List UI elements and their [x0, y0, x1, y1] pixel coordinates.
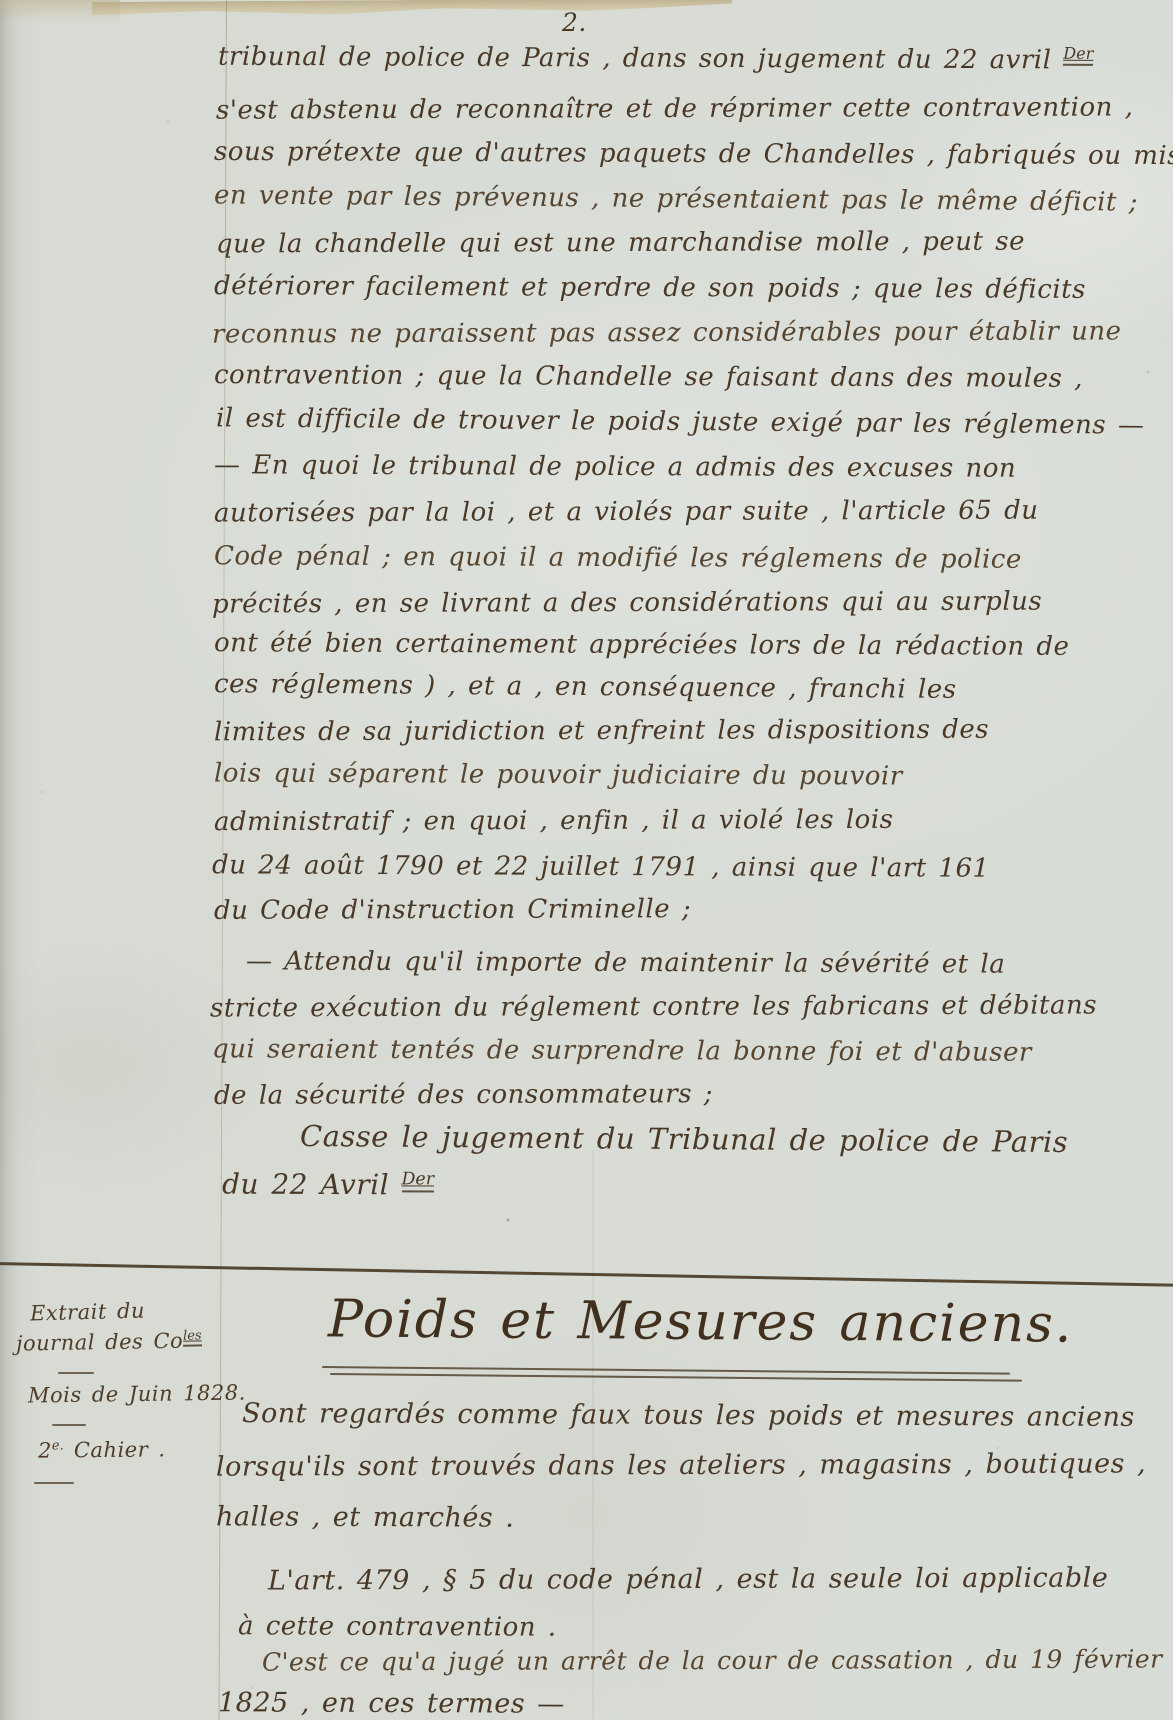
manuscript-line: s'est abstenu de reconnaître et de répri…: [216, 92, 1133, 125]
manuscript-line: en vente par les prévenus , ne présentai…: [214, 180, 1138, 217]
manuscript-line: qui seraient tentés de surprendre la bon…: [212, 1034, 1032, 1068]
manuscript-line: — En quoi le tribunal de police a admis …: [214, 450, 1016, 483]
note-text: Cahier .: [64, 1437, 166, 1462]
margin-dash: [58, 1372, 94, 1374]
manuscript-line: C'est ce qu'a jugé un arrêt de la cour d…: [262, 1644, 1163, 1676]
manuscript-line: il est difficile de trouver le poids jus…: [216, 403, 1145, 440]
superscript-abbrev: Der: [1063, 44, 1093, 66]
manuscript-line: du Code d'instruction Criminelle ;: [214, 894, 691, 926]
margin-note-extrait: Extrait du: [30, 1298, 146, 1325]
manuscript-line: lois qui séparent le pouvoir judiciaire …: [214, 758, 903, 791]
manuscript-line: Casse le jugement du Tribunal de police …: [300, 1119, 1068, 1159]
manuscript-line: lorsqu'ils sont trouvés dans les atelier…: [216, 1448, 1146, 1482]
note-text: 2: [38, 1439, 52, 1463]
superscript-abbrev: les: [183, 1328, 202, 1346]
line-text: tribunal de police de Paris , dans son j…: [218, 42, 1063, 76]
manuscript-line: ces réglemens ) , et a , en conséquence …: [214, 669, 957, 705]
section-divider-line: [0, 1262, 1173, 1286]
manuscript-line: limites de sa juridiction et enfreint le…: [214, 715, 989, 748]
note-text: journal des Co: [16, 1329, 184, 1356]
manuscript-line: précités , en se livrant a des considéra…: [212, 587, 1042, 620]
aged-corner: [0, 0, 120, 22]
page-number: 2.: [562, 8, 587, 37]
manuscript-line: administratif ; en quoi , enfin , il a v…: [214, 805, 894, 837]
superscript-abbrev: e.: [52, 1438, 64, 1453]
margin-note-cahier: 2e. Cahier .: [38, 1437, 166, 1462]
margin-dash: [34, 1482, 74, 1484]
manuscript-line: à cette contravention .: [238, 1611, 557, 1642]
manuscript-line: 1825 , en ces termes —: [218, 1687, 565, 1720]
margin-note-month: Mois de Juin 1828.: [28, 1380, 246, 1407]
manuscript-line: L'art. 479 , § 5 du code pénal , est la …: [268, 1563, 1108, 1597]
section-heading: Poids et Mesures anciens.: [328, 1289, 1074, 1354]
heading-underline: [330, 1373, 1022, 1381]
margin-dash: [52, 1424, 86, 1426]
manuscript-page: 2. tribunal de police de Paris , dans so…: [0, 0, 1173, 1720]
manuscript-line: ont été bien certainement appréciées lor…: [214, 628, 1070, 662]
manuscript-line: détériorer facilement et perdre de son p…: [214, 271, 1086, 305]
manuscript-line: Sont regardés comme faux tous les poids …: [242, 1398, 1135, 1433]
manuscript-line: stricte exécution du réglement contre le…: [210, 990, 1097, 1023]
manuscript-line: que la chandelle qui est une marchandise…: [216, 227, 1025, 260]
torn-top-edge: [92, 0, 732, 16]
manuscript-line: du 22 Avril Der: [222, 1168, 434, 1202]
manuscript-line: sous prétexte que d'autres paquets de Ch…: [214, 137, 1173, 171]
superscript-abbrev: Der: [401, 1169, 434, 1192]
manuscript-line: tribunal de police de Paris , dans son j…: [218, 40, 1093, 75]
manuscript-line: halles , et marchés .: [216, 1501, 515, 1533]
manuscript-line: du 24 août 1790 et 22 juillet 1791 , ain…: [212, 850, 990, 883]
manuscript-line: reconnus ne paraissent pas assez considé…: [212, 316, 1122, 349]
manuscript-line: Code pénal ; en quoi il a modifié les ré…: [214, 541, 1022, 575]
manuscript-line: autorisées par la loi , et a violés par …: [214, 496, 1039, 529]
margin-note-journal: journal des Coles: [16, 1328, 202, 1355]
manuscript-line: — Attendu qu'il importe de maintenir la …: [246, 946, 1005, 979]
manuscript-line: de la sécurité des consommateurs ;: [214, 1079, 713, 1111]
manuscript-line: contravention ; que la Chandelle se fais…: [214, 360, 1083, 394]
line-text: du 22 Avril: [222, 1168, 402, 1202]
paper-crease: [592, 1150, 594, 1720]
